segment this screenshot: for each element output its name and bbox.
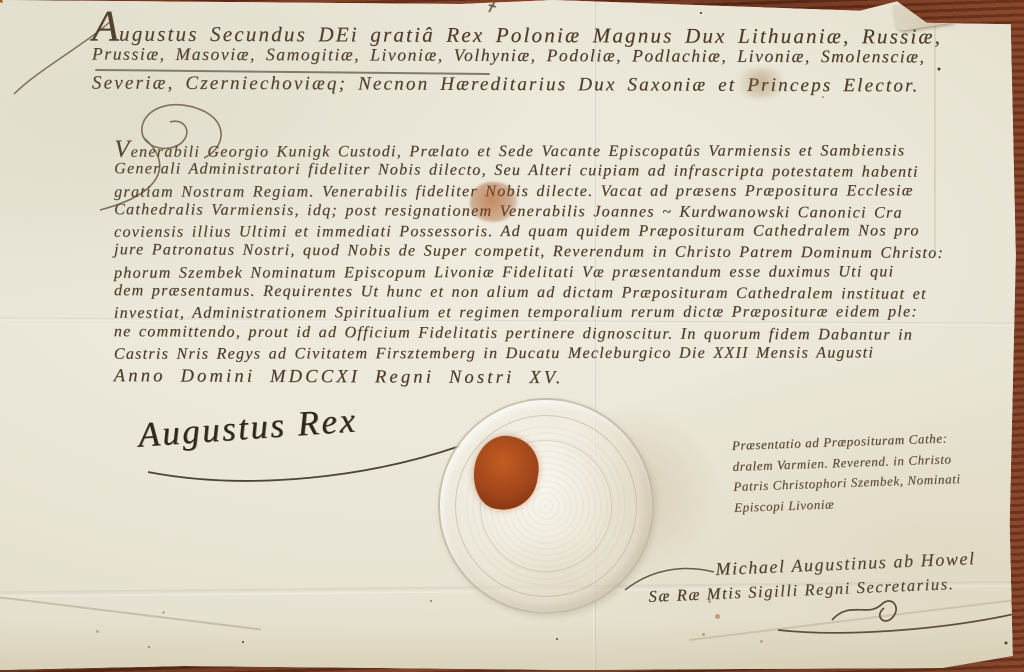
body-line: Cathedralis Varmiensis, idq; post resign… bbox=[114, 201, 944, 225]
bottom-left-crease bbox=[0, 596, 261, 631]
red-wax-smudge bbox=[470, 182, 518, 222]
body-line: gratiam Nostram Regiam. Venerabilis fide… bbox=[114, 182, 944, 204]
ink-smudge-stain bbox=[732, 68, 790, 98]
body-line: Generali Administratori fideliter Nobis … bbox=[114, 160, 944, 184]
body-line: phorum Szembek Nominatum Episcopum Livon… bbox=[114, 263, 944, 285]
header-line: Augustus Secundus DEi gratiâ Rex Poloniæ… bbox=[92, 15, 942, 47]
wax-droplet-specks bbox=[0, 0, 3, 3]
chancery-docket-note: Præsentatio ad Præposituram Cathe: drale… bbox=[732, 430, 962, 520]
embossed-royal-seal bbox=[438, 398, 654, 614]
letter-body: Venerabili Georgio Kunigk Custodi, Præla… bbox=[114, 141, 945, 389]
royal-signature: Augustus Rex bbox=[137, 400, 359, 455]
manuscript-paper: ✝ Augustus Secundus DEi gratiâ Rex Polon… bbox=[0, 0, 1024, 672]
body-line: Castris Nris Regys ad Civitatem Firsztem… bbox=[114, 344, 944, 366]
body-line: ne committendo, prout id ad Officium Fid… bbox=[114, 323, 944, 347]
body-line: Anno Domini MDCCXI Regni Nostri XV. bbox=[114, 366, 944, 390]
royal-intitulation: Augustus Secundus DEi gratiâ Rex Poloniæ… bbox=[92, 15, 942, 105]
body-line: investiat, Administrationem Spiritualium… bbox=[114, 304, 944, 326]
secretary-signature: Michael Augustinus ab Howel Sæ Ræ Mtis S… bbox=[647, 548, 977, 612]
photo-of-document: ✝ Augustus Secundus DEi gratiâ Rex Polon… bbox=[0, 0, 1024, 672]
header-line: Severiæ, Czerniechoviæq; Necnon Hæredita… bbox=[92, 73, 942, 105]
body-line: jure Patronatus Nostri, quod Nobis de Su… bbox=[114, 242, 944, 266]
